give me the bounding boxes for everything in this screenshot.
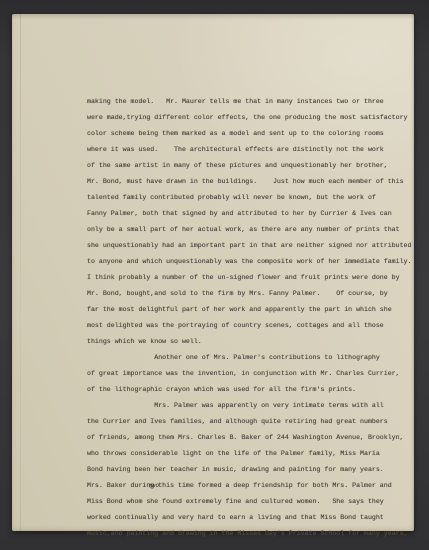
text-line: talented family contributed probably wil…: [87, 190, 427, 206]
text-line: Another one of Mrs. Palmer's contributio…: [87, 350, 427, 366]
text-line: Mrs. Baker during this time formed a dee…: [87, 478, 427, 494]
text-line: Fanny Palmer, both that signed by and at…: [87, 206, 427, 222]
text-line: I think probably a number of the un-sign…: [87, 270, 427, 286]
text-line: of the lithographic crayon which was use…: [87, 382, 427, 398]
text-line: music,and painting and drawing in the Mi…: [87, 526, 427, 542]
handwritten-insertion: two: [149, 483, 160, 491]
text-line: only be a small part of her actual work,…: [87, 222, 427, 238]
text-line: of great importance was the invention, i…: [87, 366, 427, 382]
text-line: Miss Bond whom she found extremely fine …: [87, 494, 427, 510]
text-line: far the most delightful part of her work…: [87, 302, 427, 318]
text-line: where it was used. The architectural eff…: [87, 142, 427, 158]
text-line: color scheme being them marked as a mode…: [87, 126, 427, 142]
text-line: things which we know so well.: [87, 334, 427, 350]
text-line: were made,trying different color effects…: [87, 110, 427, 126]
text-line: Bond having been her teacher in music, d…: [87, 462, 427, 478]
text-line: most delighted was the portraying of cou…: [87, 318, 427, 334]
paper-page: making the model. Mr. Maurer tells me th…: [12, 14, 414, 531]
text-line: the Currier and Ives families, and altho…: [87, 414, 427, 430]
text-line: of friends, among them Mrs. Charles B. B…: [87, 430, 427, 446]
text-line: making the model. Mr. Maurer tells me th…: [87, 94, 427, 110]
text-line: worked continually and very hard to earn…: [87, 510, 427, 526]
text-line: Mrs. Palmer was apparently on very intim…: [87, 398, 427, 414]
text-line: Mr. Bond, must have drawn in the buildin…: [87, 174, 427, 190]
typewritten-text: making the model. Mr. Maurer tells me th…: [87, 94, 427, 542]
text-line: of the same artist in many of these pict…: [87, 158, 427, 174]
text-line: she unquestionably had an important part…: [87, 238, 427, 254]
text-line: to anyone and which unquestionably was t…: [87, 254, 427, 270]
photo-background: making the model. Mr. Maurer tells me th…: [0, 0, 429, 550]
text-line: who throws considerable light on the lif…: [87, 446, 427, 462]
text-line: Mr. Bond, bought,and sold to the firm by…: [87, 286, 427, 302]
